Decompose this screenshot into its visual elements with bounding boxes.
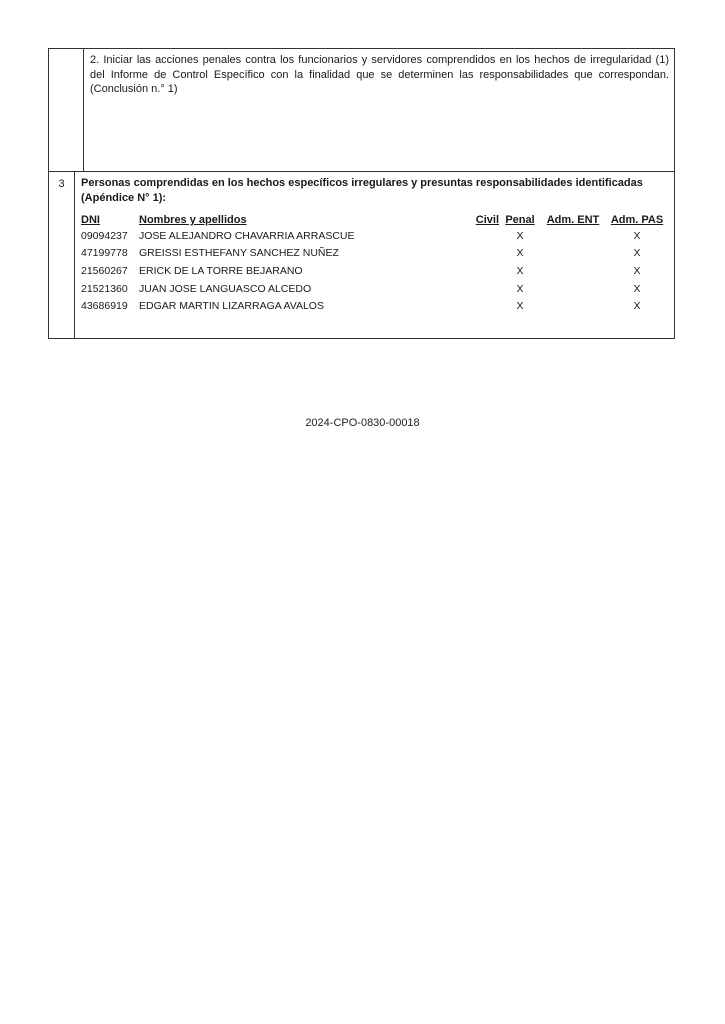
person-civil: [469, 245, 499, 263]
person-row: 09094237JOSE ALEJANDRO CHAVARRIA ARRASCU…: [81, 228, 669, 246]
col-adm-pas: Adm. PAS: [611, 214, 663, 226]
table-row: 2. Iniciar las acciones penales contra l…: [49, 49, 674, 172]
person-penal: X: [499, 228, 541, 246]
person-penal: X: [499, 281, 541, 299]
col-adm-ent: Adm. ENT: [547, 214, 600, 226]
person-dni: 09094237: [81, 228, 139, 246]
person-name: GREISSI ESTHEFANY SANCHEZ NUÑEZ: [139, 245, 469, 263]
person-row: 47199778GREISSI ESTHEFANY SANCHEZ NUÑEZX…: [81, 245, 669, 263]
recommendations-table: 2. Iniciar las acciones penales contra l…: [48, 48, 675, 339]
table-row: 3 Personas comprendidas en los hechos es…: [49, 172, 674, 338]
col-civil: Civil: [476, 214, 499, 226]
person-penal: X: [499, 245, 541, 263]
person-penal: X: [499, 263, 541, 281]
person-adm-pas: X: [605, 228, 669, 246]
recommendation-text: 2. Iniciar las acciones penales contra l…: [84, 49, 674, 171]
person-adm-ent: [541, 263, 605, 281]
col-penal: Penal: [505, 214, 534, 226]
persons-heading: Personas comprendidas en los hechos espe…: [81, 176, 669, 205]
person-adm-ent: [541, 298, 605, 316]
person-dni: 21560267: [81, 263, 139, 281]
person-name: JUAN JOSE LANGUASCO ALCEDO: [139, 281, 469, 299]
person-name: EDGAR MARTIN LIZARRAGA AVALOS: [139, 298, 469, 316]
person-name: ERICK DE LA TORRE BEJARANO: [139, 263, 469, 281]
person-civil: [469, 228, 499, 246]
person-dni: 47199778: [81, 245, 139, 263]
document-code: 2024-CPO-0830-00018: [0, 417, 725, 429]
person-row: 21521360JUAN JOSE LANGUASCO ALCEDOXX: [81, 281, 669, 299]
person-row: 21560267ERICK DE LA TORRE BEJARANOXX: [81, 263, 669, 281]
col-dni: DNI: [81, 214, 100, 226]
person-adm-pas: X: [605, 298, 669, 316]
person-penal: X: [499, 298, 541, 316]
person-civil: [469, 298, 499, 316]
person-civil: [469, 263, 499, 281]
person-dni: 43686919: [81, 298, 139, 316]
person-row: 43686919EDGAR MARTIN LIZARRAGA AVALOSXX: [81, 298, 669, 316]
persons-list: 09094237JOSE ALEJANDRO CHAVARRIA ARRASCU…: [81, 228, 669, 317]
person-adm-pas: X: [605, 245, 669, 263]
person-dni: 21521360: [81, 281, 139, 299]
persons-section: Personas comprendidas en los hechos espe…: [75, 172, 674, 338]
person-adm-ent: [541, 245, 605, 263]
person-adm-ent: [541, 228, 605, 246]
person-adm-pas: X: [605, 263, 669, 281]
person-name: JOSE ALEJANDRO CHAVARRIA ARRASCUE: [139, 228, 469, 246]
col-name: Nombres y apellidos: [139, 214, 247, 226]
row-number: [49, 49, 84, 171]
person-civil: [469, 281, 499, 299]
row-number: 3: [49, 172, 75, 338]
persons-header-row: DNI Nombres y apellidos Civil Penal Adm.…: [81, 213, 669, 228]
person-adm-ent: [541, 281, 605, 299]
person-adm-pas: X: [605, 281, 669, 299]
